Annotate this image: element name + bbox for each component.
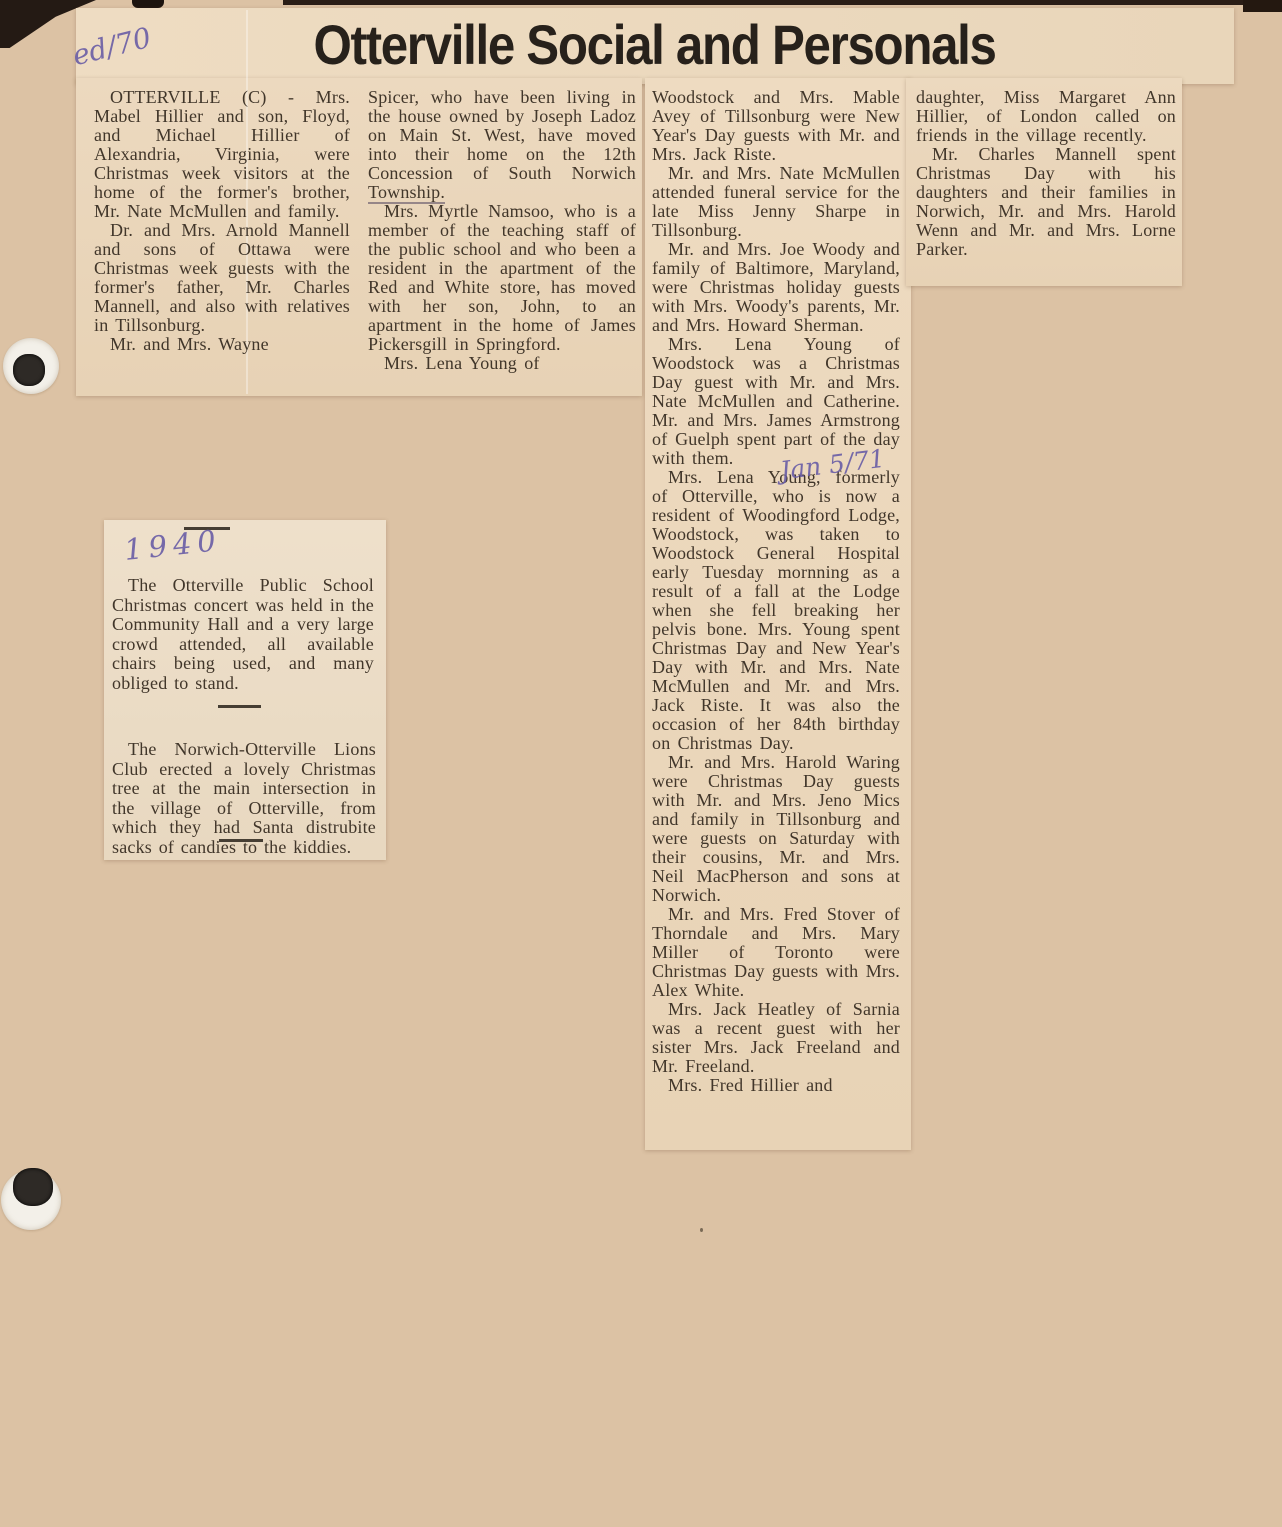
page-top-right-edge bbox=[1243, 0, 1282, 12]
article-paragraph: Mr. and Mrs. Harold Waring were Christma… bbox=[652, 753, 900, 905]
article-paragraph: daughter, Miss Margaret Ann Hillier, of … bbox=[916, 88, 1176, 145]
scrapbook-page: Otterville Social and Personals OTTERVIL… bbox=[0, 0, 1282, 1527]
article-paragraph: Mrs. Lena Young of bbox=[368, 354, 636, 373]
article-paragraph: Dr. and Mrs. Arnold Mannell and sons of … bbox=[94, 221, 350, 335]
article-paragraph: Mr. and Mrs. Joe Woody and family of Bal… bbox=[652, 240, 900, 335]
article-paragraph: Mr. and Mrs. Fred Stover of Thorndale an… bbox=[652, 905, 900, 1000]
small-clipping-paragraph: The Otterville Public School Christmas c… bbox=[112, 576, 374, 693]
paper-speck bbox=[700, 1228, 703, 1232]
divider-rule bbox=[219, 839, 263, 842]
article-column-4: daughter, Miss Margaret Ann Hillier, of … bbox=[916, 88, 1176, 259]
hole-reinforcement-top bbox=[3, 338, 59, 394]
article-column-2: Spicer, who have been living in the hous… bbox=[368, 88, 636, 373]
article-paragraph: Mrs. Myrtle Namsoo, who is a member of t… bbox=[368, 202, 636, 354]
article-paragraph: Mr. and Mrs. Nate McMullen attended fune… bbox=[652, 164, 900, 240]
headline-row: Otterville Social and Personals bbox=[80, 12, 1230, 77]
punch-hole-bottom bbox=[13, 1168, 53, 1206]
punch-hole-top bbox=[13, 354, 45, 386]
paragraph-part: Spicer, who have been living in the hous… bbox=[368, 87, 636, 183]
article-paragraph: Woodstock and Mrs. Mable Avey of Tillson… bbox=[652, 88, 900, 164]
article-paragraph: Mr. and Mrs. Wayne bbox=[94, 335, 350, 354]
hole-reinforcement-bottom bbox=[1, 1170, 61, 1230]
article-paragraph: Mr. Charles Mannell spent Christmas Day … bbox=[916, 145, 1176, 259]
article-column-3: Woodstock and Mrs. Mable Avey of Tillson… bbox=[652, 88, 900, 1095]
article-paragraph: Mrs. Lena Young, formerly of Otterville,… bbox=[652, 468, 900, 753]
page-top-mark bbox=[132, 0, 164, 8]
page-top-edge bbox=[283, 0, 1282, 5]
article-paragraph: Mrs. Jack Heatley of Sarnia was a recent… bbox=[652, 1000, 900, 1076]
article-headline: Otterville Social and Personals bbox=[314, 12, 996, 77]
article-paragraph: Mrs. Fred Hillier and bbox=[652, 1076, 900, 1095]
article-column-1: OTTERVILLE (C) - Mrs. Mabel Hillier and … bbox=[94, 88, 350, 354]
divider-rule bbox=[218, 705, 261, 708]
article-paragraph: OTTERVILLE (C) - Mrs. Mabel Hillier and … bbox=[94, 88, 350, 221]
article-paragraph: Spicer, who have been living in the hous… bbox=[368, 88, 636, 202]
